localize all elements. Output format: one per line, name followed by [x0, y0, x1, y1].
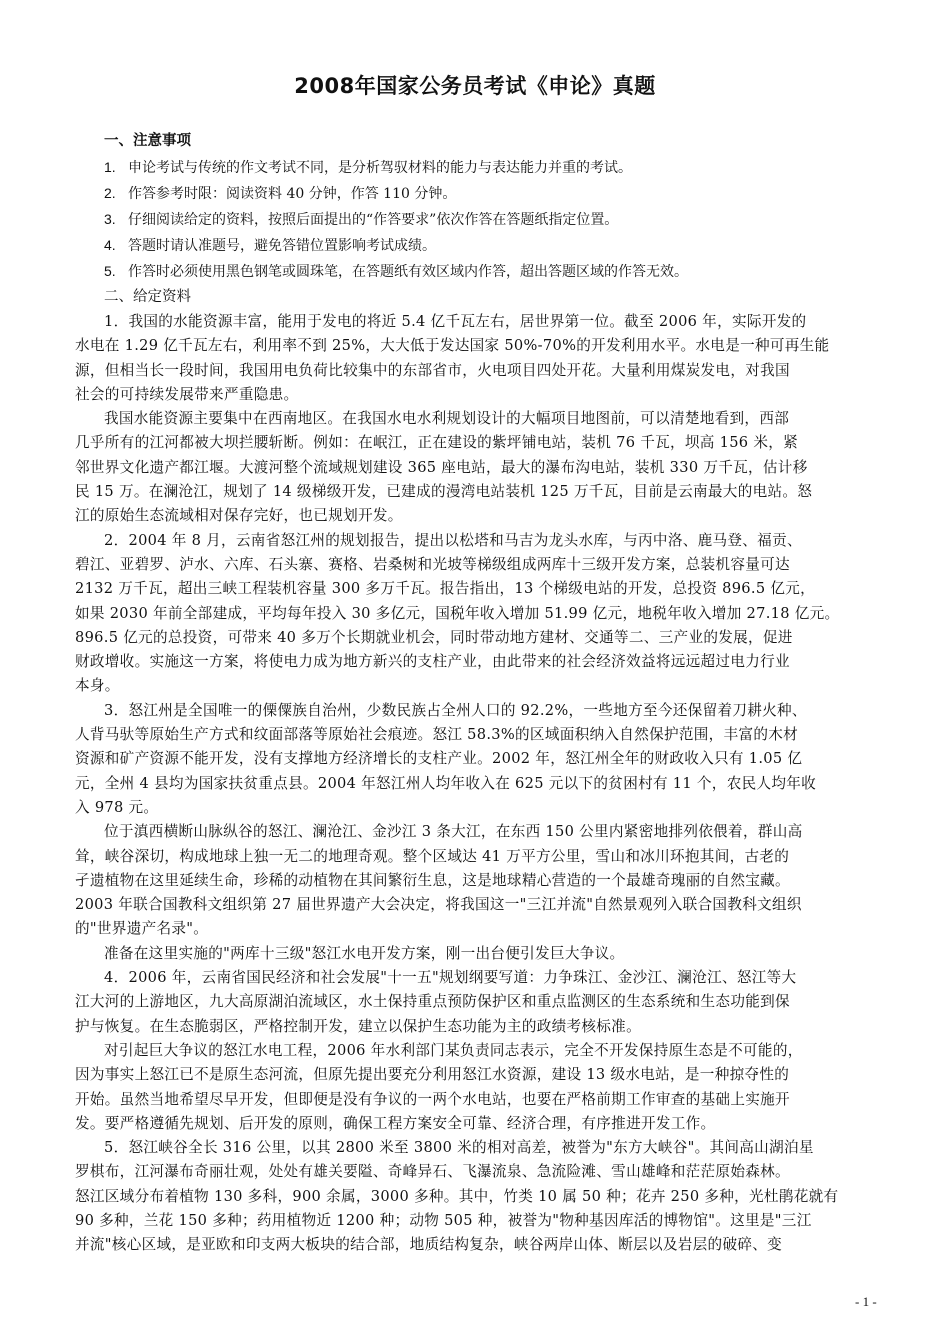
text-line: 怒江区域分布着植物 130 多科，900 余属，3000 多种。其中，竹类 10…: [75, 1185, 885, 1209]
text-line: 碧江、亚碧罗、泸水、六库、石头寨、赛格、岩桑树和光坡等梯级组成两库十三级开发方案…: [75, 553, 885, 577]
note-number: 4.: [104, 232, 128, 258]
text-line: 并流"核心区域，是亚欧和印支两大板块的结合部，地质结构复杂，峡谷两岸山体、断层以…: [75, 1233, 885, 1257]
note-number: 2.: [104, 180, 128, 206]
text-line: 财政增收。实施这一方案，将使电力成为地方新兴的支柱产业，由此带来的社会经济效益将…: [75, 650, 885, 674]
document-title: 2008年国家公务员考试《申论》真题: [0, 70, 950, 100]
text-line: 5．怒江峡谷全长 316 公里，以其 2800 米至 3800 米的相对高差，被…: [75, 1136, 885, 1160]
note-number: 5.: [104, 258, 128, 284]
text-line: 社会的可持续发展带来严重隐患。: [75, 383, 885, 407]
note-item: 2.作答参考时限：阅读资料 40 分钟，作答 110 分钟。: [104, 180, 688, 206]
text-line: 4．2006 年，云南省国民经济和社会发展"十一五"规划纲要写道：力争珠江、金沙…: [75, 966, 885, 990]
text-line: 资源和矿产资源不能开发，没有支撑地方经济增长的支柱产业。2002 年，怒江州全年…: [75, 747, 885, 771]
text-line: 源，但相当长一段时间，我国用电负荷比较集中的东部省市，火电项目四处开花。大量利用…: [75, 359, 885, 383]
text-line: 因为事实上怒江已不是原生态河流，但原先提出要充分利用怒江水资源，建设 13 级水…: [75, 1063, 885, 1087]
note-item: 4.答题时请认准题号，避免答错位置影响考试成绩。: [104, 232, 688, 258]
text-line: 2132 万千瓦，超出三峡工程装机容量 300 多万千瓦。报告指出，13 个梯级…: [75, 577, 885, 601]
notes-section: 一、注意事项 1.申论考试与传统的作文考试不同，是分析驾驭材料的能力与表达能力并…: [104, 128, 688, 310]
text-line: 位于滇西横断山脉纵谷的怒江、澜沧江、金沙江 3 条大江，在东西 150 公里内紧…: [75, 820, 885, 844]
text-line: 元，全州 4 县均为国家扶贫重点县。2004 年怒江州人均年收入在 625 元以…: [75, 772, 885, 796]
materials-body: 1．我国的水能资源丰富，能用于发电的将近 5.4 亿千瓦左右，居世界第一位。截至…: [75, 310, 885, 1258]
text-line: 耸，峡谷深切，构成地球上独一无二的地理奇观。整个区域达 41 万平方公里，雪山和…: [75, 845, 885, 869]
text-line: 2003 年联合国教科文组织第 27 届世界遗产大会决定，将我国这一"三江并流"…: [75, 893, 885, 917]
note-text: 答题时请认准题号，避免答错位置影响考试成绩。: [128, 238, 436, 254]
text-line: 江大河的上游地区，九大高原湖泊流域区，水土保持重点预防保护区和重点监测区的生态系…: [75, 990, 885, 1014]
document-page: 2008年国家公务员考试《申论》真题 一、注意事项 1.申论考试与传统的作文考试…: [0, 0, 950, 1344]
page-number: - 1 -: [855, 1294, 877, 1310]
text-line: 2．2004 年 8 月，云南省怒江州的规划报告，提出以松塔和马吉为龙头水库，与…: [75, 529, 885, 553]
materials-heading: 二、给定资料: [104, 284, 688, 310]
text-line: 人背马驮等原始生产方式和纹面部落等原始社会痕迹。怒江 58.3%的区域面积纳入自…: [75, 723, 885, 747]
text-line: 896.5 亿元的总投资，可带来 40 多万个长期就业机会，同时带动地方建材、交…: [75, 626, 885, 650]
note-text: 申论考试与传统的作文考试不同，是分析驾驭材料的能力与表达能力并重的考试。: [128, 160, 632, 176]
note-number: 1.: [104, 154, 128, 180]
text-line: 的"世界遗产名录"。: [75, 917, 885, 941]
text-line: 90 多种，兰花 150 多种；药用植物近 1200 种；动物 505 种，被誉…: [75, 1209, 885, 1233]
text-line: 准备在这里实施的"两库十三级"怒江水电开发方案，刚一出台便引发巨大争议。: [75, 942, 885, 966]
text-line: 发。要严格遵循先规划、后开发的原则，确保工程方案安全可靠、经济合理，有序推进开发…: [75, 1112, 885, 1136]
text-line: 本身。: [75, 674, 885, 698]
note-text: 仔细阅读给定的资料，按照后面提出的“作答要求”依次作答在答题纸指定位置。: [128, 212, 618, 228]
note-number: 3.: [104, 206, 128, 232]
text-line: 我国水能资源主要集中在西南地区。在我国水电水利规划设计的大幅项目地图前，可以清楚…: [75, 407, 885, 431]
text-line: 3．怒江州是全国唯一的傈僳族自治州，少数民族占全州人口的 92.2%，一些地方至…: [75, 699, 885, 723]
text-line: 罗棋布，江河瀑布奇丽壮观，处处有雄关要隘、奇峰异石、飞瀑流泉、急流险滩、雪山雄峰…: [75, 1160, 885, 1184]
text-line: 入 978 元。: [75, 796, 885, 820]
text-line: 护与恢复。在生态脆弱区，严格控制开发，建立以保护生态功能为主的政绩考核标准。: [75, 1015, 885, 1039]
note-text: 作答参考时限：阅读资料 40 分钟，作答 110 分钟。: [128, 186, 456, 202]
text-line: 如果 2030 年前全部建成，平均每年投入 30 多亿元，国税年收入增加 51.…: [75, 602, 885, 626]
text-line: 民 15 万。在澜沧江，规划了 14 级梯级开发，已建成的漫湾电站装机 125 …: [75, 480, 885, 504]
note-item: 3.仔细阅读给定的资料，按照后面提出的“作答要求”依次作答在答题纸指定位置。: [104, 206, 688, 232]
text-line: 对引起巨大争议的怒江水电工程，2006 年水利部门某负责同志表示，完全不开发保持…: [75, 1039, 885, 1063]
note-item: 1.申论考试与传统的作文考试不同，是分析驾驭材料的能力与表达能力并重的考试。: [104, 154, 688, 180]
note-item: 5.作答时必须使用黑色钢笔或圆珠笔，在答题纸有效区域内作答，超出答题区域的作答无…: [104, 258, 688, 284]
text-line: 几乎所有的江河都被大坝拦腰斩断。例如：在岷江，正在建设的紫坪铺电站，装机 76 …: [75, 431, 885, 455]
note-text: 作答时必须使用黑色钢笔或圆珠笔，在答题纸有效区域内作答，超出答题区域的作答无效。: [128, 264, 688, 280]
text-line: 开始。虽然当地希望尽早开发，但即便是没有争议的一两个水电站，也要在严格前期工作审…: [75, 1088, 885, 1112]
text-line: 1．我国的水能资源丰富，能用于发电的将近 5.4 亿千瓦左右，居世界第一位。截至…: [75, 310, 885, 334]
text-line: 江的原始生态流域相对保存完好，也已规划开发。: [75, 504, 885, 528]
text-line: 孑遗植物在这里延续生命，珍稀的动植物在其间繁衍生息，这是地球精心营造的一个最雄奇…: [75, 869, 885, 893]
text-line: 水电在 1.29 亿千瓦左右，利用率不到 25%，大大低于发达国家 50%-70…: [75, 334, 885, 358]
notes-heading: 一、注意事项: [104, 128, 688, 154]
text-line: 邻世界文化遗产都江堰。大渡河整个流域规划建设 365 座电站，最大的瀑布沟电站，…: [75, 456, 885, 480]
